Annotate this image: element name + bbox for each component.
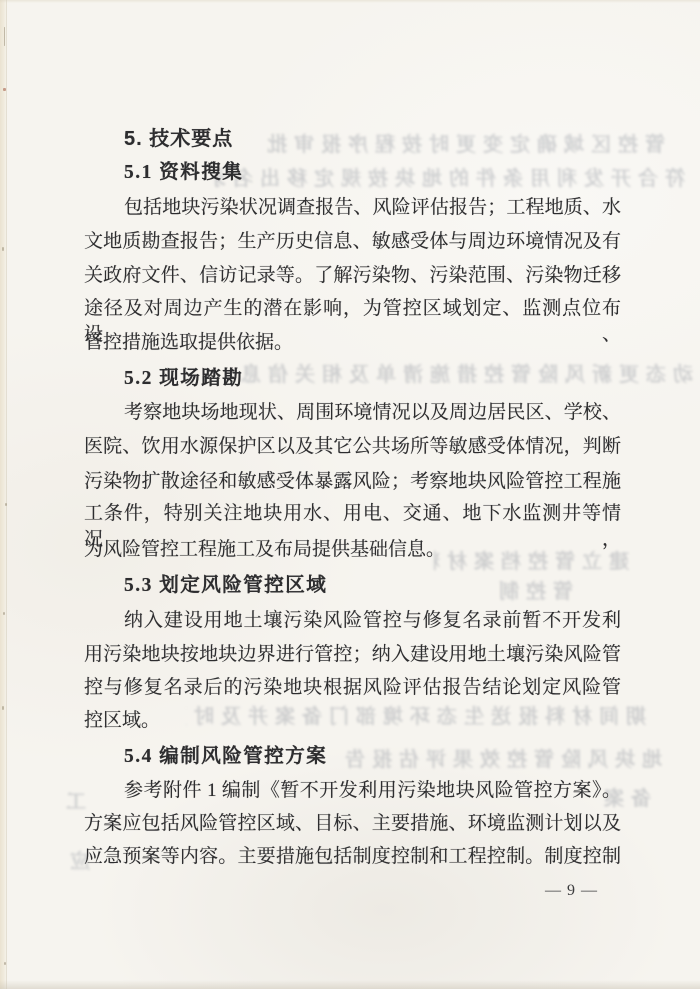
- body-text-line: 控区域。: [84, 708, 621, 734]
- scan-left-edge-line: [6, 0, 7, 989]
- scan-top-edge: [0, 0, 700, 3]
- scan-speck: [5, 503, 7, 506]
- body-text-line: 文地质勘查报告；生产历史信息、敏感受体与周边环境情况及有: [84, 229, 621, 255]
- body-text-line: 为风险管控工程施工及布局提供基础信息。: [84, 537, 621, 563]
- body-text-line: 纳入建设用地土壤污染风险管控与修复名录前暂不开发利: [84, 608, 621, 634]
- body-text-line: 考察地块场地现状、周围环境情况以及周边居民区、学校、: [84, 400, 621, 426]
- body-text-line: 控与修复名录后的污染地块根据风险评估报告结论划定风险管: [84, 675, 621, 701]
- scan-speck: [2, 706, 4, 710]
- body-text-line: 关政府文件、信访记录等。了解污染物、污染范围、污染物迁移: [84, 263, 621, 289]
- scan-speck: [3, 88, 6, 91]
- body-text-line: 参考附件 1 编制《暂不开发利用污染地块风险管控方案》。: [84, 778, 621, 804]
- body-text-line: 方案应包括风险管控区域、目标、主要措施、环境监测计划以及: [84, 811, 621, 837]
- subsection-heading-5-2: 5.2 现场踏勘: [84, 366, 621, 392]
- scan-bottom-edge: [0, 980, 700, 989]
- subsection-heading-5-3: 5.3 划定风险管控区域: [84, 573, 621, 599]
- body-text-line: 管控措施选取提供依据。: [84, 330, 621, 356]
- scan-speck: [2, 247, 4, 251]
- scan-speck: [3, 612, 5, 615]
- scanned-document-page: 管控区域确定变更时按程序报审批 符合开发利用条件的地块按规定移出名录管理 动态更…: [0, 0, 700, 989]
- scan-speck: [4, 27, 5, 46]
- body-text-line: 用污染地块按地块边界进行管控；纳入建设用地土壤污染风险管: [84, 642, 621, 668]
- subsection-heading-5-4: 5.4 编制风险管控方案: [84, 744, 621, 770]
- bleedthrough-text: 工: [56, 789, 86, 816]
- body-text-line: 污染物扩散途径和敏感受体暴露风险；考察地块风险管控工程施: [84, 469, 621, 495]
- body-text-line: 应急预案等内容。主要措施包括制度控制和工程控制。制度控制: [84, 844, 621, 870]
- body-text-line: 包括地块污染状况调查报告、风险评估报告；工程地质、水: [84, 195, 621, 221]
- subsection-heading-5-1: 5.1 资料搜集: [84, 160, 621, 186]
- body-text-line: 医院、饮用水源保护区以及其它公共场所等敏感受体情况，判断: [84, 434, 621, 460]
- scan-speck: [4, 962, 6, 965]
- page-number: — 9 —: [84, 880, 598, 902]
- section-heading-5: 5. 技术要点: [84, 126, 621, 152]
